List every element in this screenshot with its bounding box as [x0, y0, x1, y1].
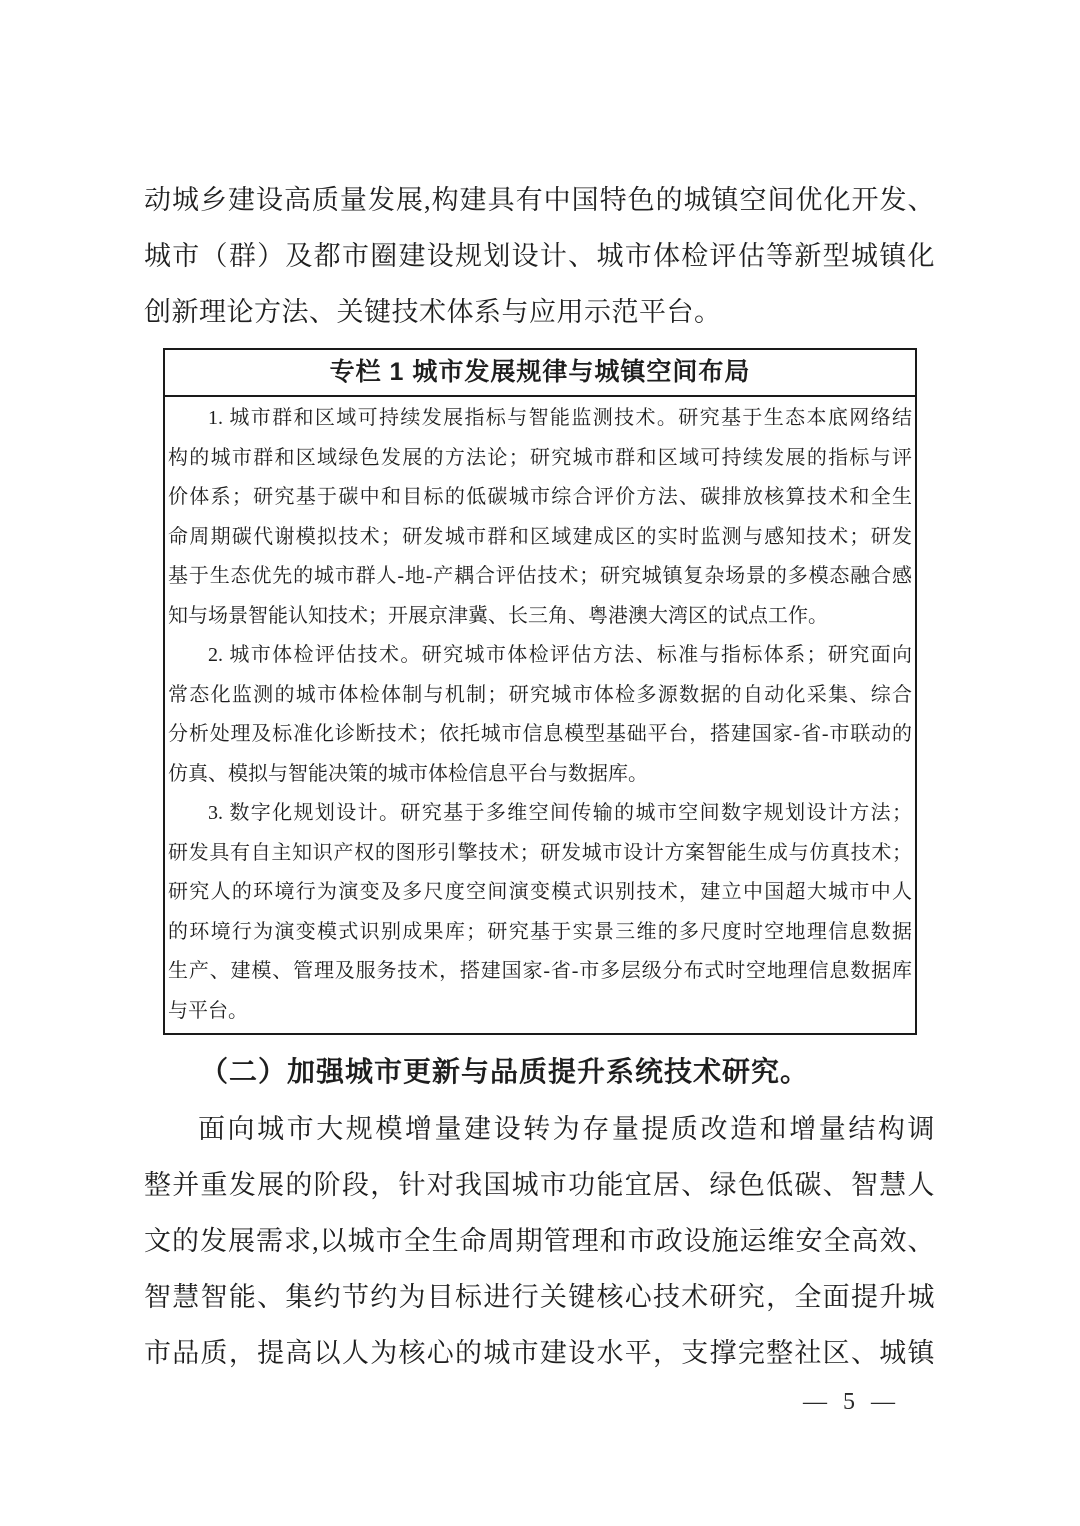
text-line: 城市（群）及都市圈建设规划设计、城市体检评估等新型城镇化	[144, 228, 935, 284]
text-line: 价体系；研究基于碳中和目标的低碳城市综合评价方法、碳排放核算技术和全生	[168, 478, 912, 518]
text-line: 3. 数字化规划设计。研究基于多维空间传输的城市空间数字规划设计方法；	[168, 794, 912, 834]
intro-paragraph: 动城乡建设高质量发展,构建具有中国特色的城镇空间优化开发、 城市（群）及都市圈建…	[144, 172, 935, 340]
box-item-2: 2. 城市体检评估技术。研究城市体检评估方法、标准与指标体系；研究面向 常态化监…	[168, 636, 912, 794]
text-line: 构的城市群和区域绿色发展的方法论；研究城市群和区域可持续发展的指标与评	[168, 439, 912, 479]
page-content: 动城乡建设高质量发展,构建具有中国特色的城镇空间优化开发、 城市（群）及都市圈建…	[0, 0, 1080, 1417]
column-box-body: 1. 城市群和区域可持续发展指标与智能监测技术。研究基于生态本底网络结 构的城市…	[165, 397, 915, 1033]
text-line: 与平台。	[168, 992, 912, 1032]
box-item-3: 3. 数字化规划设计。研究基于多维空间传输的城市空间数字规划设计方法； 研发具有…	[168, 794, 912, 1031]
text-line: 仿真、模拟与智能决策的城市体检信息平台与数据库。	[168, 755, 912, 795]
column-box: 专栏 1 城市发展规律与城镇空间布局 1. 城市群和区域可持续发展指标与智能监测…	[163, 348, 917, 1035]
text-line: 知与场景智能认知技术；开展京津冀、长三角、粤港澳大湾区的试点工作。	[168, 597, 912, 637]
text-line: 生产、建模、管理及服务技术，搭建国家-省-市多层级分布式时空地理信息数据库	[168, 952, 912, 992]
text-line: 研发具有自主知识产权的图形引擎技术；研发城市设计方案智能生成与仿真技术；	[168, 834, 912, 874]
body-paragraph: 面向城市大规模增量建设转为存量提质改造和增量结构调 整并重发展的阶段，针对我国城…	[144, 1101, 935, 1381]
box-item-1: 1. 城市群和区域可持续发展指标与智能监测技术。研究基于生态本底网络结 构的城市…	[168, 399, 912, 636]
text-line: 创新理论方法、关键技术体系与应用示范平台。	[144, 284, 935, 340]
text-line: 的环境行为演变模式识别成果库；研究基于实景三维的多尺度时空地理信息数据	[168, 913, 912, 953]
section-heading: （二）加强城市更新与品质提升系统技术研究。	[144, 1045, 935, 1101]
text-line: 面向城市大规模增量建设转为存量提质改造和增量结构调	[144, 1101, 935, 1157]
page-number: — 5 —	[144, 1387, 935, 1417]
text-line: 动城乡建设高质量发展,构建具有中国特色的城镇空间优化开发、	[144, 172, 935, 228]
text-line: 整并重发展的阶段，针对我国城市功能宜居、绿色低碳、智慧人	[144, 1157, 935, 1213]
text-line: 2. 城市体检评估技术。研究城市体检评估方法、标准与指标体系；研究面向	[168, 636, 912, 676]
document-page: 动城乡建设高质量发展,构建具有中国特色的城镇空间优化开发、 城市（群）及都市圈建…	[0, 0, 1080, 1526]
text-line: 分析处理及标准化诊断技术；依托城市信息模型基础平台，搭建国家-省-市联动的	[168, 715, 912, 755]
text-line: 常态化监测的城市体检体制与机制；研究城市体检多源数据的自动化采集、综合	[168, 676, 912, 716]
text-line: 研究人的环境行为演变及多尺度空间演变模式识别技术，建立中国超大城市中人	[168, 873, 912, 913]
text-line: 命周期碳代谢模拟技术；研发城市群和区域建成区的实时监测与感知技术；研发	[168, 518, 912, 558]
text-line: 基于生态优先的城市群人-地-产耦合评估技术；研究城镇复杂场景的多模态融合感	[168, 557, 912, 597]
text-line: 市品质，提高以人为核心的城市建设水平，支撑完整社区、城镇	[144, 1325, 935, 1381]
text-line: 1. 城市群和区域可持续发展指标与智能监测技术。研究基于生态本底网络结	[168, 399, 912, 439]
text-line: 文的发展需求,以城市全生命周期管理和市政设施运维安全高效、	[144, 1213, 935, 1269]
column-box-title: 专栏 1 城市发展规律与城镇空间布局	[165, 350, 915, 397]
text-line: 智慧智能、集约节约为目标进行关键核心技术研究，全面提升城	[144, 1269, 935, 1325]
